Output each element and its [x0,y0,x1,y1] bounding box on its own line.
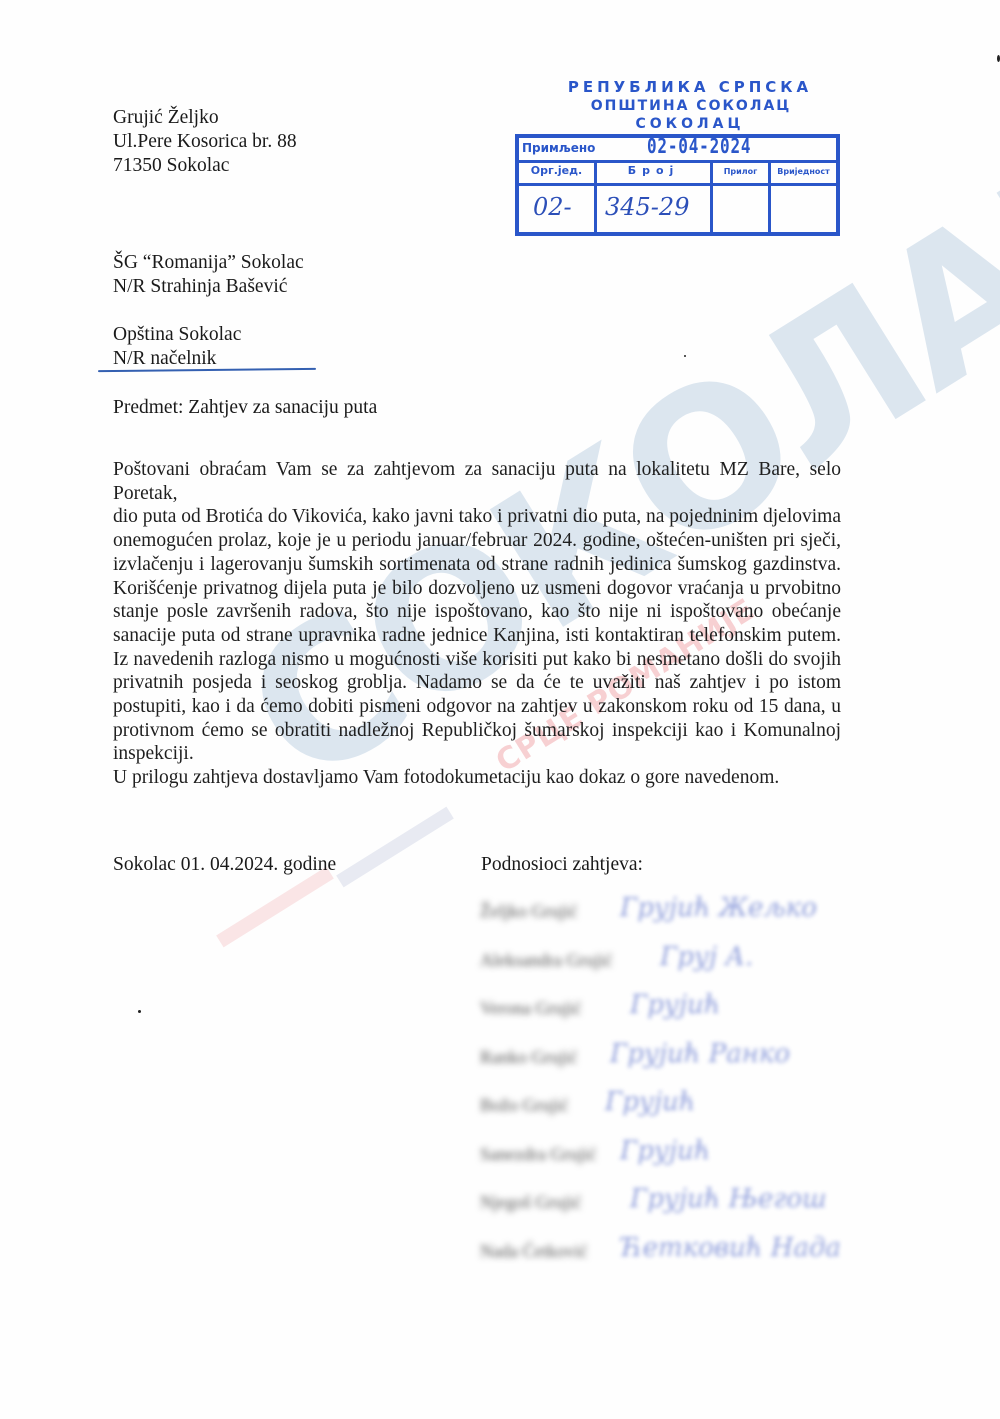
sender-address: Grujić Željko Ul.Pere Kosorica br. 88 71… [113,106,297,178]
stamp-table: Примљено 02-04-2024 Орг.јед. 02- Број 34… [515,134,840,236]
signatory-name: Njegoš Grujić [480,1192,581,1213]
stamp-received-label: Примљено [522,141,595,155]
signatory-name: Željko Grujić [480,901,577,922]
stamp-cell-org: Орг.јед. 02- [519,163,597,235]
handwritten-signature: Груј А. [660,942,753,972]
body-line: protivnom ćemo se obratiti nadležnoj Rep… [113,719,841,743]
body-line: sanacije puta od strane upravnika radne … [113,624,841,648]
signatories-label: Podnosioci zahtjeva: [481,853,643,877]
signatory-name: Sanezdra Grujić [480,1144,596,1165]
watermark-blue-bar [336,807,454,888]
signatory-name: Nada Ćetković [480,1241,587,1262]
body-line: onemogućen prolaz, koje je u periodu jan… [113,529,841,553]
sender-name: Grujić Željko [113,106,297,130]
handwritten-signature: Грујић Жељко [620,893,817,923]
recipient-1-org: ŠG “Romanija” Sokolac [113,251,304,275]
registry-stamp: РЕПУБЛИКА СРПСКА ОПШТИНА СОКОЛАЦ СОКОЛАЦ… [510,74,845,244]
body-line: Korišćenje privatnog dijela puta je bilo… [113,577,841,601]
body-line: izvlačenju i lagerovanju šumskih sortime… [113,553,841,577]
stamp-col-attachment: Прилог [713,167,768,176]
stamp-col-org: Орг.јед. [519,164,594,177]
handwritten-signature: Грујић Његош [630,1184,827,1214]
signatory-name: Aleksandra Grujić [480,950,612,971]
handwritten-signature: Грујић [630,990,721,1020]
recipient-2-org: Opština Sokolac [113,323,241,347]
subject-line: Predmet: Zahtjev za sanaciju puta [113,396,377,420]
stamp-number-value: 345-29 [605,193,689,221]
sender-street: Ul.Pere Kosorica br. 88 [113,130,297,154]
watermark-red-bar [216,867,334,948]
handwritten-signature: Грујић Ранко [610,1039,790,1069]
stamp-received-row: Примљено 02-04-2024 [519,138,836,163]
stamp-col-number: Број [597,164,710,177]
letter-body: Poštovani obraćam Vam se za zahtjevom za… [113,458,841,790]
stamp-city: СОКОЛАЦ [590,116,790,132]
scan-speck [684,355,686,357]
recipient-2: Opština Sokolac N/R načelnik [113,323,241,371]
stamp-col-value: Вриједност [771,167,836,176]
handwritten-signature: Ћетковић Нада [620,1233,841,1263]
handwritten-signature: Грујић [605,1087,696,1117]
signatory-name: Božo Grujić [480,1095,568,1116]
stamp-title: РЕПУБЛИКА СРПСКА [530,78,850,96]
place-date: Sokolac 01. 04.2024. godine [113,853,336,877]
body-line: privatnih posjeda i seoskog groblja. Nad… [113,671,841,695]
stamp-received-date: 02-04-2024 [647,134,751,158]
signatory-name: Ranko Grujić [480,1047,577,1068]
document-page: СОКОЛАЦ СРЦЕ РОМАНИЈЕ Grujić Željko Ul.P… [0,0,1000,1419]
stamp-cell-value: Вриједност [771,163,836,235]
stamp-cell-attachment: Прилог [713,163,771,235]
recipient-2-attention: N/R načelnik [113,347,241,371]
body-line: U prilogu zahtjeva dostavljamo Vam fotod… [113,766,841,790]
stamp-municipality: ОПШТИНА СОКОЛАЦ [566,98,816,114]
handwritten-signature: Грујић [620,1136,711,1166]
body-line: inspekciji. [113,742,841,766]
body-line: Poštovani obraćam Vam se za zahtjevom za… [113,458,841,505]
signatory-name: Verona Grujić [480,998,581,1019]
sender-city: 71350 Sokolac [113,154,297,178]
scan-speck [138,1010,141,1013]
stamp-org-value: 02- [533,193,572,221]
stamp-cell-number: Број 345-29 [597,163,713,235]
recipient-1-attention: N/R Strahinja Bašević [113,275,304,299]
body-line: Iz navedenih razloga nismo u mogućnosti … [113,648,841,672]
body-line: stanje posle završenih radova, što nije … [113,600,841,624]
recipient-1: ŠG “Romanija” Sokolac N/R Strahinja Baše… [113,251,304,299]
body-line: dio puta od Brotića do Vikovića, kako ja… [113,505,841,529]
body-line: postupiti, kao i da ćemo dobiti pismeni … [113,695,841,719]
